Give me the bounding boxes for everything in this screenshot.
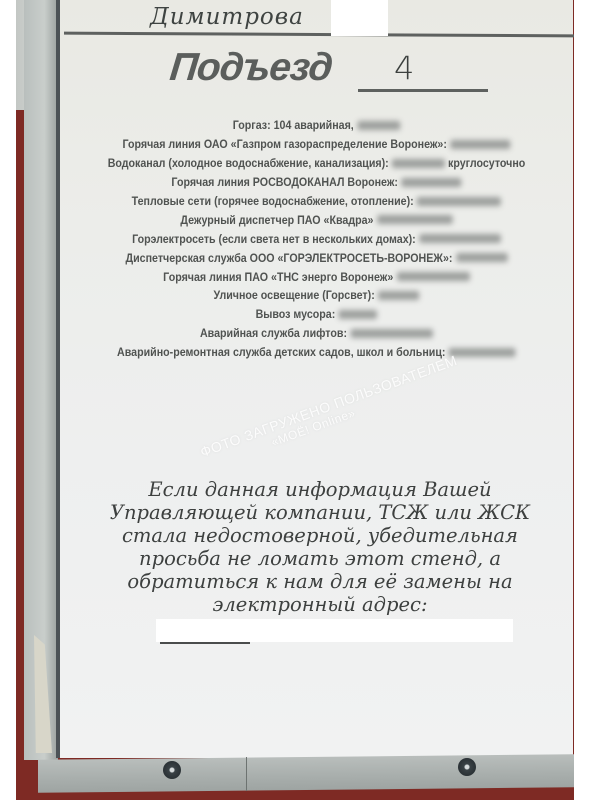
contact-row: Аварийно-ремонтная служба детских садов,…: [96, 343, 537, 362]
blurred-phone-number: [357, 121, 400, 130]
blurred-phone-number: [419, 234, 501, 243]
blurred-phone-number: [449, 348, 516, 357]
contact-label: Аварийно-ремонтная служба детских садов,…: [117, 345, 445, 359]
blurred-phone-number: [450, 140, 510, 149]
blurred-phone-number: [378, 291, 419, 300]
contact-row: Дежурный диспетчер ПАО «Квадра»: [96, 210, 537, 229]
blurred-phone-number: [417, 197, 501, 206]
notice-text: Если данная информация ВашейУправляющей …: [70, 478, 570, 616]
contact-label: Аварийная служба лифтов:: [200, 326, 347, 340]
notice-line: Если данная информация Вашей: [70, 478, 570, 501]
contact-label: Горячая линия РОСВОДОКАНАЛ Воронеж:: [171, 175, 398, 189]
notice-line: обратиться к нам для её замены на: [70, 570, 570, 593]
contact-row: Горячая линия ПАО «ТНС энерго Воронеж»: [96, 267, 537, 286]
contact-row: Тепловые сети (горячее водоснабжение, от…: [96, 192, 537, 211]
contact-label: Тепловые сети (горячее водоснабжение, от…: [132, 194, 414, 208]
redaction-box-email: [156, 619, 513, 642]
entrance-number-handwritten: 4: [394, 49, 414, 87]
contact-label: Вывоз мусора:: [256, 307, 336, 321]
screw-icon: [458, 758, 476, 776]
blurred-phone-number: [339, 310, 378, 319]
contacts-list: Горгаз: 104 аварийная,Горячая линия ОАО …: [96, 116, 537, 362]
blurred-phone-number: [392, 159, 445, 168]
entrance-number-underline: [358, 89, 488, 92]
notice-line: стала недостоверной, убедительная: [70, 524, 570, 547]
contact-row: Водоканал (холодное водоснабжение, канал…: [96, 154, 537, 173]
contact-label: Водоканал (холодное водоснабжение, канал…: [108, 156, 389, 170]
contact-label: Горячая линия ПАО «ТНС энерго Воронеж»: [163, 270, 393, 284]
contact-suffix: круглосуточно: [448, 156, 525, 170]
contact-row: Диспетчерская служба ООО «ГОРЭЛЕКТРОСЕТЬ…: [96, 248, 537, 267]
contact-label: Горэлектросеть (если света нет в несколь…: [132, 232, 416, 246]
blurred-phone-number: [377, 215, 453, 224]
contact-row: Аварийная служба лифтов:: [96, 324, 537, 343]
blurred-phone-number: [350, 329, 433, 338]
contact-label: Горячая линия ОАО «Газпром газораспредел…: [122, 137, 446, 151]
contact-row: Горгаз: 104 аварийная,: [96, 116, 537, 135]
contact-row: Горячая линия РОСВОДОКАНАЛ Воронеж:: [96, 173, 537, 192]
contact-label: Дежурный диспетчер ПАО «Квадра»: [180, 213, 373, 227]
blurred-phone-number: [456, 253, 508, 262]
frame-rail-bottom: [38, 754, 574, 793]
notice-paper: [60, 0, 573, 758]
blurred-phone-number: [401, 178, 461, 187]
street-name-handwritten: Димитрова: [150, 4, 304, 30]
notice-line: просьба не ломать этот стенд, а: [70, 547, 570, 570]
redaction-box-top: [331, 0, 388, 36]
email-underline: [160, 642, 250, 644]
contact-row: Горячая линия ОАО «Газпром газораспредел…: [96, 135, 537, 154]
entrance-title: Подъезд: [168, 46, 334, 90]
contact-label: Диспетчерская служба ООО «ГОРЭЛЕКТРОСЕТЬ…: [126, 251, 453, 265]
contact-row: Вывоз мусора:: [96, 305, 537, 324]
contact-label: Уличное освещение (Горсвет):: [214, 288, 375, 302]
notice-line: электронный адрес:: [70, 593, 570, 616]
contact-label: Горгаз: 104 аварийная,: [233, 118, 354, 132]
notice-line: Управляющей компании, ТСЖ или ЖСК: [70, 501, 570, 524]
blurred-phone-number: [397, 272, 470, 281]
contact-row: Горэлектросеть (если света нет в несколь…: [96, 229, 537, 248]
contact-row: Уличное освещение (Горсвет):: [96, 286, 537, 305]
screw-icon: [163, 761, 181, 779]
frame-rail-joint: [246, 757, 247, 791]
